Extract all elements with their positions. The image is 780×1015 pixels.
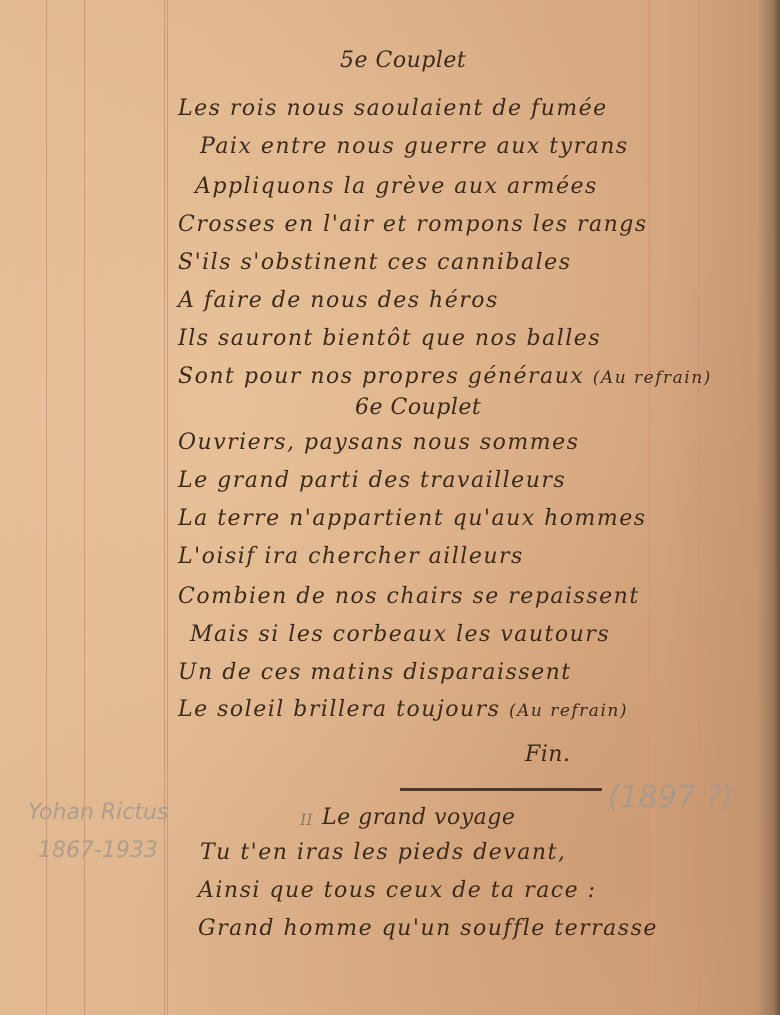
verse-6-line: La terre n'appartient qu'aux hommes — [178, 506, 647, 531]
verse-5-line: Paix entre nous guerre aux tyrans — [200, 134, 629, 159]
verse-5-line: Crosses en l'air et rompons les rangs — [178, 212, 648, 237]
verse-5-line: S'ils s'obstinent ces cannibales — [178, 250, 571, 275]
section-divider — [400, 788, 602, 791]
verse-5-line: A faire de nous des héros — [178, 288, 499, 313]
margin-line — [167, 0, 168, 1015]
verse-6-line: Le soleil brillera toujours (Au refrain) — [178, 697, 628, 722]
refrain-note: (Au refrain) — [509, 701, 628, 721]
song-number: II — [300, 810, 313, 829]
end-mark: Fin. — [525, 742, 570, 767]
verse-6-line: Combien de nos chairs se repaissent — [178, 584, 640, 609]
verse-6-line-text: Le soleil brillera toujours — [178, 697, 500, 722]
verse-6-heading: 6e Couplet — [355, 395, 481, 420]
song-2-line: Grand homme qu'un souffle terrasse — [198, 916, 658, 941]
verse-5-line: Les rois nous saoulaient de fumée — [178, 96, 608, 121]
verse-5-line: Sont pour nos propres généraux (Au refra… — [178, 364, 712, 389]
refrain-note: (Au refrain) — [593, 368, 712, 388]
song-title: Le grand voyage — [322, 805, 515, 830]
margin-line — [649, 0, 650, 1015]
verse-6-line: Mais si les corbeaux les vautours — [190, 622, 610, 647]
date-note: (1897 ?) — [608, 780, 733, 815]
song-2-line: Ainsi que tous ceux de ta race : — [198, 878, 597, 903]
song-2-line: Tu t'en iras les pieds devant, — [200, 840, 566, 865]
verse-5-line: Ils sauront bientôt que nos balles — [178, 326, 601, 351]
verse-6-line: Un de ces matins disparaissent — [178, 660, 572, 685]
margin-note-dates: 1867-1933 — [38, 838, 158, 863]
notebook-page: 5e Couplet Les rois nous saoulaient de f… — [0, 0, 780, 1015]
margin-line — [164, 0, 165, 1015]
margin-note-name: Yohan Rictus — [28, 800, 168, 825]
margin-line — [698, 0, 699, 1015]
verse-6-line: Le grand parti des travailleurs — [178, 468, 566, 493]
verse-5-heading: 5e Couplet — [340, 48, 466, 73]
verse-6-line: L'oisif ira chercher ailleurs — [178, 544, 524, 569]
verse-5-line-text: Sont pour nos propres généraux — [178, 364, 584, 389]
verse-5-line: Appliquons la grève aux armées — [195, 174, 598, 199]
verse-6-line: Ouvriers, paysans nous sommes — [178, 430, 579, 455]
